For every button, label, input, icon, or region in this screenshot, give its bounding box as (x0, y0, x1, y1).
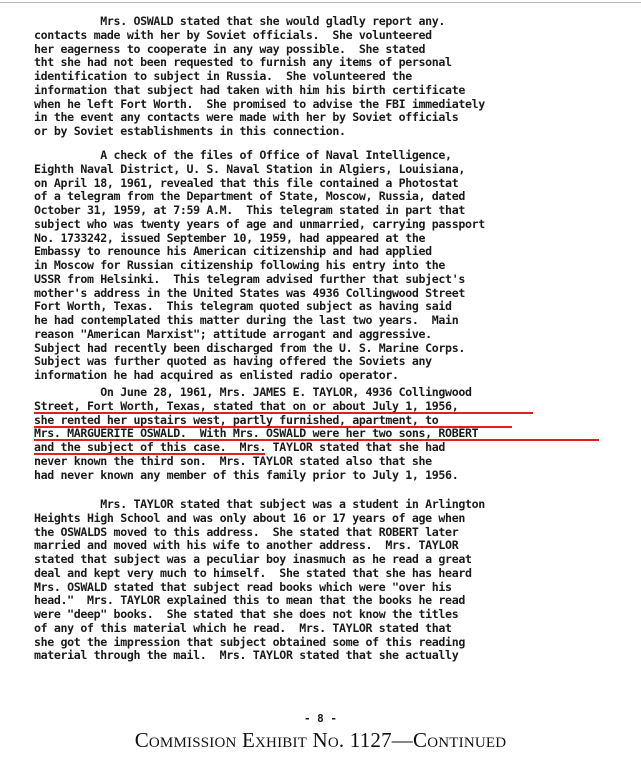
text-line: of a telegram from the Department of Sta… (34, 189, 465, 203)
text-line: had never known any member of this famil… (34, 468, 458, 482)
page-number: - 8 - (0, 712, 641, 725)
text-line: Mrs. MARGUERITE OSWALD. With Mrs. OSWALD… (34, 426, 478, 440)
text-line: No. 1733242, issued September 10, 1959, … (34, 231, 425, 245)
text-line: Eighth Naval District, U. S. Naval Stati… (34, 162, 465, 176)
text-line: Embassy to renounce his American citizen… (34, 244, 432, 258)
text-line: Street, Fort Worth, Texas, stated that o… (34, 399, 458, 413)
text-line: Fort Worth, Texas. This telegram quoted … (34, 299, 452, 313)
text-line: USSR from Helsinki. This telegram advise… (34, 272, 465, 286)
text-line: mother's address in the United States wa… (34, 286, 465, 300)
text-line: in the event any contacts were made with… (34, 110, 458, 124)
text-line: she got the impression that subject obta… (34, 635, 465, 649)
text-line: Mrs. OSWALD stated that she would gladly… (34, 14, 445, 28)
text-line: Mrs. OSWALD stated that subject read boo… (34, 580, 452, 594)
exhibit-caption: Commission Exhibit No. 1127—Continued (0, 728, 641, 753)
text-line: never known the third son. Mrs. TAYLOR s… (34, 454, 432, 468)
text-line: reason "American Marxist"; attitude arro… (34, 327, 432, 341)
text-line: he had contemplated this matter during t… (34, 313, 458, 327)
text-line: her eagerness to cooperate in any way po… (34, 42, 425, 56)
text-line: Heights High School and was only about 1… (34, 511, 465, 525)
text-line: On June 28, 1961, Mrs. JAMES E. TAYLOR, … (34, 385, 472, 399)
text-line: married and moved with his wife to anoth… (34, 538, 458, 552)
text-line: information that subject had taken with … (34, 83, 465, 97)
text-line: when he left Fort Worth. She promised to… (34, 97, 485, 111)
text-line: tht she had not been requested to furnis… (34, 55, 452, 69)
text-line: on April 18, 1961, revealed that this fi… (34, 176, 458, 190)
text-line: contacts made with her by Soviet officia… (34, 28, 432, 42)
text-line: identification to subject in Russia. She… (34, 69, 412, 83)
text-line: October 31, 1959, at 7:59 A.M. This tele… (34, 203, 465, 217)
text-line: material through the mail. Mrs. TAYLOR s… (34, 648, 458, 662)
text-line: of any of this material which he read. M… (34, 621, 452, 635)
top-border-rule (0, 2, 641, 3)
text-line: deal and kept very much to himself. She … (34, 566, 472, 580)
text-line: she rented her upstairs west, partly fur… (34, 413, 438, 427)
text-line: in Moscow for Russian citizenship follow… (34, 258, 445, 272)
text-line: the OSWALDS moved to this address. She s… (34, 525, 458, 539)
text-line: and the subject of this case. Mrs. TAYLO… (34, 440, 445, 454)
text-line: subject who was twenty years of age and … (34, 217, 485, 231)
text-line: Mrs. TAYLOR stated that subject was a st… (34, 497, 485, 511)
text-line: or by Soviet establishments in this conn… (34, 124, 346, 138)
text-line: were "deep" books. She stated that she d… (34, 607, 458, 621)
text-line: Subject was further quoted as having off… (34, 354, 432, 368)
text-line: A check of the files of Office of Naval … (34, 148, 452, 162)
text-line: head." Mrs. TAYLOR explained this to mea… (34, 593, 465, 607)
text-line: information he had acquired as enlisted … (34, 368, 399, 382)
text-line: Subject had recently been discharged fro… (34, 341, 465, 355)
text-line: stated that subject was a peculiar boy i… (34, 552, 472, 566)
